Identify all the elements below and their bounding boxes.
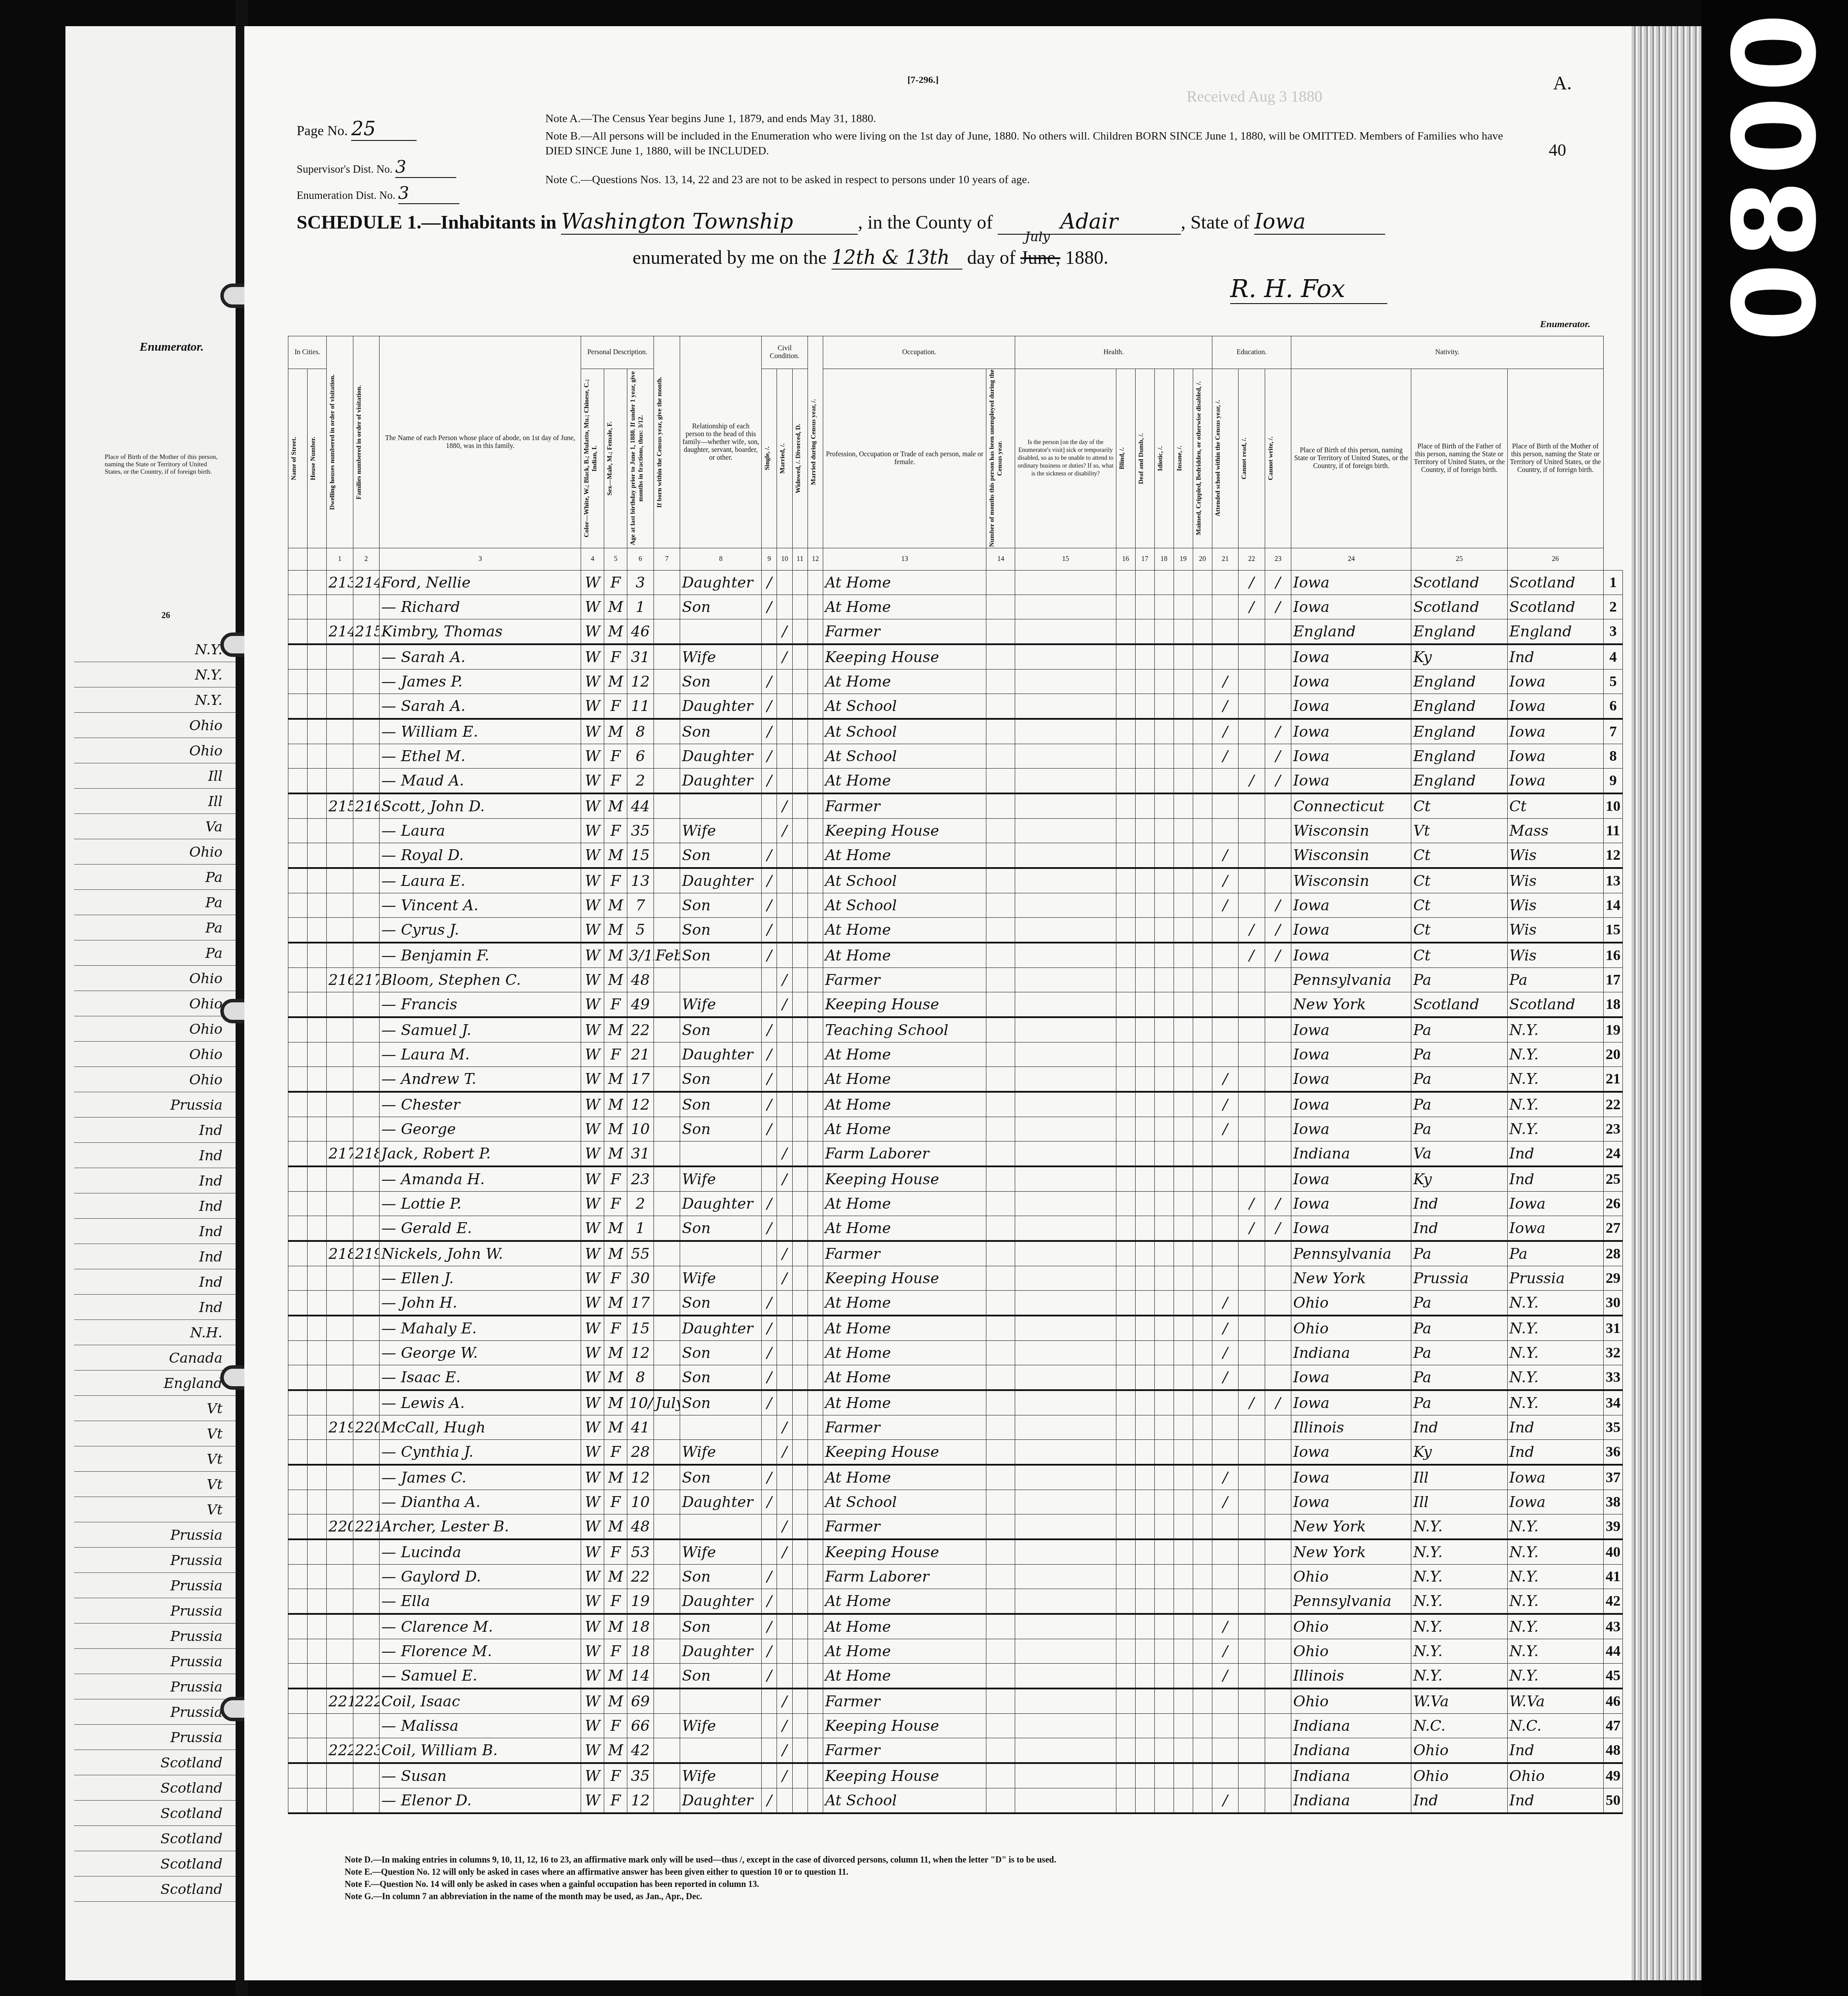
line-number: 44 [1603, 1639, 1622, 1664]
disabled-cell [1193, 769, 1212, 794]
header-col1: Dwelling houses numbered in order of vis… [327, 336, 353, 548]
mother-birthplace-cell: N.Y. [1507, 1341, 1603, 1365]
person-name-cell: — Samuel J. [380, 1017, 581, 1042]
family-number-cell [353, 1763, 380, 1788]
father-birthplace-cell: Ky [1411, 1166, 1507, 1192]
age-cell: 35 [627, 819, 654, 843]
birthplace-cell: Iowa [1291, 670, 1411, 694]
occupation-cell: At Home [823, 1589, 986, 1614]
single-cell: / [762, 1365, 777, 1391]
single-cell: / [762, 1341, 777, 1365]
months-unemployed-cell [986, 1192, 1015, 1216]
supervisor-dist-label: Supervisor's Dist. No. [297, 164, 393, 175]
married-in-year-cell [808, 843, 823, 868]
color-cell: W [581, 1763, 604, 1788]
age-cell: 21 [627, 1042, 654, 1067]
sex-cell: F [604, 1490, 627, 1514]
line-number: 46 [1603, 1688, 1622, 1714]
age-cell: 17 [627, 1067, 654, 1092]
age-cell: 12 [627, 1788, 654, 1814]
idiotic-cell [1154, 694, 1174, 719]
person-name-cell: — Francis [380, 992, 581, 1018]
family-number-cell [353, 1365, 380, 1391]
birthplace-cell: Iowa [1291, 719, 1411, 744]
attended-school-cell: / [1212, 1067, 1239, 1092]
mother-birthplace-cell: Iowa [1507, 744, 1603, 769]
street-cell [288, 1614, 308, 1639]
deaf-dumb-cell [1135, 1067, 1154, 1092]
birth-month-cell [654, 769, 680, 794]
mother-birthplace-cell: N.Y. [1507, 1514, 1603, 1540]
married-in-year-cell [808, 571, 823, 595]
months-unemployed-cell [986, 843, 1015, 868]
idiotic-cell [1154, 1738, 1174, 1764]
months-unemployed-cell [986, 1714, 1015, 1738]
attended-school-cell [1212, 1763, 1239, 1788]
occupation-cell: At Home [823, 1067, 986, 1092]
disabled-cell [1193, 968, 1212, 992]
idiotic-cell [1154, 1316, 1174, 1341]
months-unemployed-cell [986, 819, 1015, 843]
blind-cell [1116, 1539, 1135, 1565]
blind-cell [1116, 1465, 1135, 1490]
sex-cell: F [604, 868, 627, 893]
house-cell [308, 571, 327, 595]
disabled-cell [1193, 918, 1212, 943]
deaf-dumb-cell [1135, 1465, 1154, 1490]
header-col14: Number of months this person has been un… [986, 369, 1015, 548]
census-table: In Cities. Dwelling houses numbered in o… [288, 336, 1623, 1814]
attended-school-cell: / [1212, 719, 1239, 744]
sickness-cell [1015, 571, 1116, 595]
cannot-write-cell [1265, 1714, 1291, 1738]
blind-cell [1116, 1216, 1135, 1241]
married-in-year-cell [808, 1490, 823, 1514]
table-row: — Florence M.WF18Daughter/At Home/OhioN.… [288, 1639, 1623, 1664]
married-cell [777, 1365, 792, 1391]
sex-cell: F [604, 1539, 627, 1565]
father-birthplace-cell: Ind [1411, 1192, 1507, 1216]
state-value: Iowa [1254, 209, 1385, 235]
cannot-write-cell [1265, 793, 1291, 819]
married-cell: / [777, 992, 792, 1018]
married-cell: / [777, 1241, 792, 1266]
father-birthplace-cell: Pa [1411, 1341, 1507, 1365]
person-name-cell: Nickels, John W. [380, 1241, 581, 1266]
cannot-read-cell [1239, 793, 1265, 819]
cannot-write-cell: / [1265, 744, 1291, 769]
months-unemployed-cell [986, 1465, 1015, 1490]
months-unemployed-cell [986, 619, 1015, 645]
sex-cell: F [604, 1266, 627, 1291]
schedule-prefix: SCHEDULE 1.—Inhabitants in [297, 212, 556, 233]
insane-cell [1174, 992, 1193, 1018]
birthplace-cell: Indiana [1291, 1714, 1411, 1738]
street-cell [288, 694, 308, 719]
family-number-cell [353, 1266, 380, 1291]
mother-birthplace-cell: N.Y. [1507, 1664, 1603, 1689]
birthplace-cell: England [1291, 619, 1411, 645]
occupation-cell: At Home [823, 1117, 986, 1142]
father-birthplace-cell: N.Y. [1411, 1614, 1507, 1639]
sex-cell: F [604, 769, 627, 794]
married-cell [777, 1565, 792, 1589]
supervisor-dist-field: Supervisor's Dist. No. 3 [297, 157, 456, 178]
mother-birthplace-cell: N.Y. [1507, 1614, 1603, 1639]
family-number-cell [353, 1341, 380, 1365]
father-birthplace-cell: N.Y. [1411, 1639, 1507, 1664]
widowed-cell [792, 893, 808, 918]
age-cell: 22 [627, 1017, 654, 1042]
sex-cell: F [604, 1763, 627, 1788]
age-cell: 10 [627, 1117, 654, 1142]
married-in-year-cell [808, 1639, 823, 1664]
age-cell: 35 [627, 1763, 654, 1788]
birthplace-cell: Iowa [1291, 893, 1411, 918]
cannot-read-cell [1239, 644, 1265, 670]
street-cell [288, 1465, 308, 1490]
occupation-cell: At Home [823, 1042, 986, 1067]
mother-birthplace-cell: Iowa [1507, 1465, 1603, 1490]
dwelling-number-cell: 221 [327, 1688, 353, 1714]
left-mother-birthplace: Prussia [74, 1522, 240, 1548]
married-in-year-cell [808, 992, 823, 1018]
group-occupation: Occupation. [823, 336, 1015, 369]
cannot-read-cell [1239, 1117, 1265, 1142]
cannot-read-cell [1239, 1365, 1265, 1391]
cannot-write-cell [1265, 644, 1291, 670]
cannot-read-cell [1239, 744, 1265, 769]
widowed-cell [792, 1714, 808, 1738]
color-cell: W [581, 644, 604, 670]
cannot-read-cell [1239, 1714, 1265, 1738]
table-row: 221222Coil, IsaacWM69/FarmerOhioW.VaW.Va… [288, 1688, 1623, 1714]
idiotic-cell [1154, 670, 1174, 694]
street-cell [288, 1738, 308, 1764]
age-cell: 2 [627, 769, 654, 794]
months-unemployed-cell [986, 694, 1015, 719]
idiotic-cell [1154, 1216, 1174, 1241]
blind-cell [1116, 595, 1135, 619]
family-number-cell [353, 1390, 380, 1415]
deaf-dumb-cell [1135, 1266, 1154, 1291]
married-in-year-cell [808, 1589, 823, 1614]
idiotic-cell [1154, 1017, 1174, 1042]
idiotic-cell [1154, 1192, 1174, 1216]
cannot-read-cell: / [1239, 918, 1265, 943]
attended-school-cell: / [1212, 694, 1239, 719]
deaf-dumb-cell [1135, 1092, 1154, 1117]
sickness-cell [1015, 619, 1116, 645]
table-row: — Samuel J.WM22Son/Teaching SchoolIowaPa… [288, 1017, 1623, 1042]
father-birthplace-cell: Ct [1411, 793, 1507, 819]
married-in-year-cell [808, 868, 823, 893]
married-in-year-cell [808, 769, 823, 794]
person-name-cell: — Laura E. [380, 868, 581, 893]
widowed-cell [792, 1614, 808, 1639]
dwelling-number-cell [327, 918, 353, 943]
footer-notes: Note D.—In making entries in columns 9, … [345, 1854, 1056, 1903]
relationship-cell: Son [680, 670, 762, 694]
relationship-cell: Daughter [680, 1788, 762, 1814]
relationship-cell: Daughter [680, 868, 762, 893]
person-name-cell: — Laura M. [380, 1042, 581, 1067]
table-row: — Diantha A.WF10Daughter/At School/IowaI… [288, 1490, 1623, 1514]
insane-cell [1174, 1714, 1193, 1738]
occupation-cell: At School [823, 868, 986, 893]
enumerator-label: Enumerator. [1540, 318, 1591, 330]
person-name-cell: — James C. [380, 1465, 581, 1490]
cannot-read-cell [1239, 1639, 1265, 1664]
mother-birthplace-cell: W.Va [1507, 1688, 1603, 1714]
birthplace-cell: Ohio [1291, 1291, 1411, 1316]
insane-cell [1174, 893, 1193, 918]
birth-month-cell [654, 1664, 680, 1689]
street-cell [288, 644, 308, 670]
married-cell: / [777, 1539, 792, 1565]
left-mother-birthplace: Pa [74, 915, 240, 940]
cannot-read-cell: / [1239, 769, 1265, 794]
idiotic-cell [1154, 1166, 1174, 1192]
left-mother-birthplace: Vt [74, 1421, 240, 1446]
color-cell: W [581, 619, 604, 645]
street-cell [288, 918, 308, 943]
married-in-year-cell [808, 694, 823, 719]
line-number: 3 [1603, 619, 1622, 645]
relationship-cell: Wife [680, 1266, 762, 1291]
disabled-cell [1193, 619, 1212, 645]
married-cell [777, 1017, 792, 1042]
cannot-write-cell: / [1265, 719, 1291, 744]
attended-school-cell: / [1212, 1664, 1239, 1689]
married-cell [777, 843, 792, 868]
disabled-cell [1193, 992, 1212, 1018]
single-cell [762, 1763, 777, 1788]
widowed-cell [792, 1465, 808, 1490]
header-col19: Insane, /. [1174, 369, 1193, 548]
sickness-cell [1015, 992, 1116, 1018]
family-number-cell [353, 1067, 380, 1092]
age-cell: 41 [627, 1415, 654, 1440]
table-row: — SusanWF35Wife/Keeping HouseIndianaOhio… [288, 1763, 1623, 1788]
widowed-cell [792, 670, 808, 694]
left-mother-birthplace: Vt [74, 1472, 240, 1497]
sickness-cell [1015, 1738, 1116, 1764]
sex-cell: M [604, 968, 627, 992]
occupation-cell: At Home [823, 1216, 986, 1241]
married-in-year-cell [808, 1539, 823, 1565]
disabled-cell [1193, 1142, 1212, 1167]
father-birthplace-cell: Pa [1411, 1117, 1507, 1142]
birth-month-cell [654, 868, 680, 893]
birthplace-cell: Ohio [1291, 1316, 1411, 1341]
dwelling-number-cell [327, 1067, 353, 1092]
months-unemployed-cell [986, 744, 1015, 769]
relationship-cell: Daughter [680, 1192, 762, 1216]
color-cell: W [581, 1565, 604, 1589]
cannot-write-cell [1265, 1788, 1291, 1814]
person-name-cell: — Chester [380, 1092, 581, 1117]
color-cell: W [581, 1241, 604, 1266]
father-birthplace-cell: Vt [1411, 819, 1507, 843]
sickness-cell [1015, 843, 1116, 868]
married-cell: / [777, 1266, 792, 1291]
mother-birthplace-cell: Wis [1507, 893, 1603, 918]
father-birthplace-cell: Ill [1411, 1490, 1507, 1514]
relationship-cell: Son [680, 719, 762, 744]
birthplace-cell: New York [1291, 1514, 1411, 1540]
deaf-dumb-cell [1135, 1291, 1154, 1316]
married-in-year-cell [808, 1166, 823, 1192]
cannot-write-cell: / [1265, 1390, 1291, 1415]
cannot-read-cell: / [1239, 571, 1265, 595]
relationship-cell: Wife [680, 1763, 762, 1788]
birthplace-cell: Iowa [1291, 595, 1411, 619]
family-number-cell: 215 [353, 619, 380, 645]
family-number-cell [353, 893, 380, 918]
cannot-read-cell [1239, 619, 1265, 645]
dwelling-number-cell [327, 644, 353, 670]
color-cell: W [581, 1067, 604, 1092]
insane-cell [1174, 1589, 1193, 1614]
widowed-cell [792, 1092, 808, 1117]
blind-cell [1116, 1664, 1135, 1689]
deaf-dumb-cell [1135, 968, 1154, 992]
house-cell [308, 1465, 327, 1490]
color-cell: W [581, 694, 604, 719]
blind-cell [1116, 819, 1135, 843]
county-label: , in the County of [858, 212, 992, 233]
color-cell: W [581, 893, 604, 918]
person-name-cell: — James P. [380, 670, 581, 694]
birth-month-cell [654, 1316, 680, 1341]
occupation-cell: Keeping House [823, 1763, 986, 1788]
house-cell [308, 819, 327, 843]
birth-month-cell [654, 719, 680, 744]
cannot-read-cell [1239, 1788, 1265, 1814]
married-cell [777, 1316, 792, 1341]
married-in-year-cell [808, 1192, 823, 1216]
married-cell [777, 1341, 792, 1365]
married-in-year-cell [808, 1316, 823, 1341]
age-cell: 13 [627, 868, 654, 893]
house-cell [308, 1788, 327, 1814]
color-cell: W [581, 1117, 604, 1142]
group-personal-description: Personal Description. [581, 336, 654, 369]
dwelling-number-cell [327, 1017, 353, 1042]
sickness-cell [1015, 1614, 1116, 1639]
sickness-cell [1015, 769, 1116, 794]
idiotic-cell [1154, 1067, 1174, 1092]
house-cell [308, 1241, 327, 1266]
person-name-cell: — Gerald E. [380, 1216, 581, 1241]
header-col16: Blind, /. [1116, 369, 1135, 548]
line-number: 11 [1603, 819, 1622, 843]
age-cell: 28 [627, 1440, 654, 1465]
occupation-cell: At Home [823, 918, 986, 943]
street-cell [288, 1415, 308, 1440]
table-row: — John H.WM17Son/At Home/OhioPaN.Y.30 [288, 1291, 1623, 1316]
widowed-cell [792, 744, 808, 769]
person-name-cell: — Elenor D. [380, 1788, 581, 1814]
family-number-cell [353, 868, 380, 893]
person-name-cell: Coil, William B. [380, 1738, 581, 1764]
relationship-cell: Daughter [680, 1639, 762, 1664]
sickness-cell [1015, 1565, 1116, 1589]
months-unemployed-cell [986, 571, 1015, 595]
family-number-cell: 222 [353, 1688, 380, 1714]
header-col24: Place of Birth of this person, naming St… [1291, 369, 1411, 548]
relationship-cell: Son [680, 943, 762, 968]
attended-school-cell [1212, 595, 1239, 619]
street-cell [288, 943, 308, 968]
single-cell [762, 1539, 777, 1565]
months-unemployed-cell [986, 1664, 1015, 1689]
line-number: 24 [1603, 1142, 1622, 1167]
blind-cell [1116, 619, 1135, 645]
relationship-cell: Son [680, 1291, 762, 1316]
insane-cell [1174, 1514, 1193, 1540]
table-row: — Sarah A.WF31Wife/Keeping HouseIowaKyIn… [288, 644, 1623, 670]
left-mother-birthplace: Ind [74, 1269, 240, 1295]
table-row: — Amanda H.WF23Wife/Keeping HouseIowaKyI… [288, 1166, 1623, 1192]
deaf-dumb-cell [1135, 1763, 1154, 1788]
father-birthplace-cell: Pa [1411, 1017, 1507, 1042]
dwelling-number-cell [327, 1589, 353, 1614]
disabled-cell [1193, 1539, 1212, 1565]
occupation-cell: At Home [823, 943, 986, 968]
relationship-cell: Wife [680, 992, 762, 1018]
disabled-cell [1193, 1763, 1212, 1788]
sheet-number: 40 [1549, 140, 1566, 160]
left-mother-birthplace: Ind [74, 1168, 240, 1193]
mother-birthplace-cell: Pa [1507, 1241, 1603, 1266]
left-mother-birthplace: Ohio [74, 839, 240, 865]
house-cell [308, 1216, 327, 1241]
months-unemployed-cell [986, 769, 1015, 794]
birth-month-cell [654, 1241, 680, 1266]
months-unemployed-cell [986, 1316, 1015, 1341]
group-education: Education. [1212, 336, 1291, 369]
left-mother-birthplace: N.Y. [74, 687, 240, 713]
widowed-cell [792, 1539, 808, 1565]
dwelling-number-cell [327, 1539, 353, 1565]
sex-cell: M [604, 595, 627, 619]
age-cell: 30 [627, 1266, 654, 1291]
relationship-cell: Son [680, 1067, 762, 1092]
cannot-write-cell [1265, 1316, 1291, 1341]
idiotic-cell [1154, 1291, 1174, 1316]
table-row: 220221Archer, Lester B.WM48/FarmerNew Yo… [288, 1514, 1623, 1540]
cannot-read-cell [1239, 1465, 1265, 1490]
dwelling-number-cell [327, 1266, 353, 1291]
dwelling-number-cell [327, 1490, 353, 1514]
table-row: 217218Jack, Robert P.WM31/Farm LaborerIn… [288, 1142, 1623, 1167]
table-row: — Ellen J.WF30Wife/Keeping HouseNew York… [288, 1266, 1623, 1291]
cannot-write-cell [1265, 1490, 1291, 1514]
months-unemployed-cell [986, 868, 1015, 893]
line-number: 12 [1603, 843, 1622, 868]
line-number: 7 [1603, 719, 1622, 744]
person-name-cell: Coil, Isaac [380, 1688, 581, 1714]
sex-cell: M [604, 843, 627, 868]
attended-school-cell [1212, 1539, 1239, 1565]
age-cell: 18 [627, 1639, 654, 1664]
idiotic-cell [1154, 769, 1174, 794]
attended-school-cell [1212, 1216, 1239, 1241]
married-cell: / [777, 1688, 792, 1714]
line-number: 1 [1603, 571, 1622, 595]
